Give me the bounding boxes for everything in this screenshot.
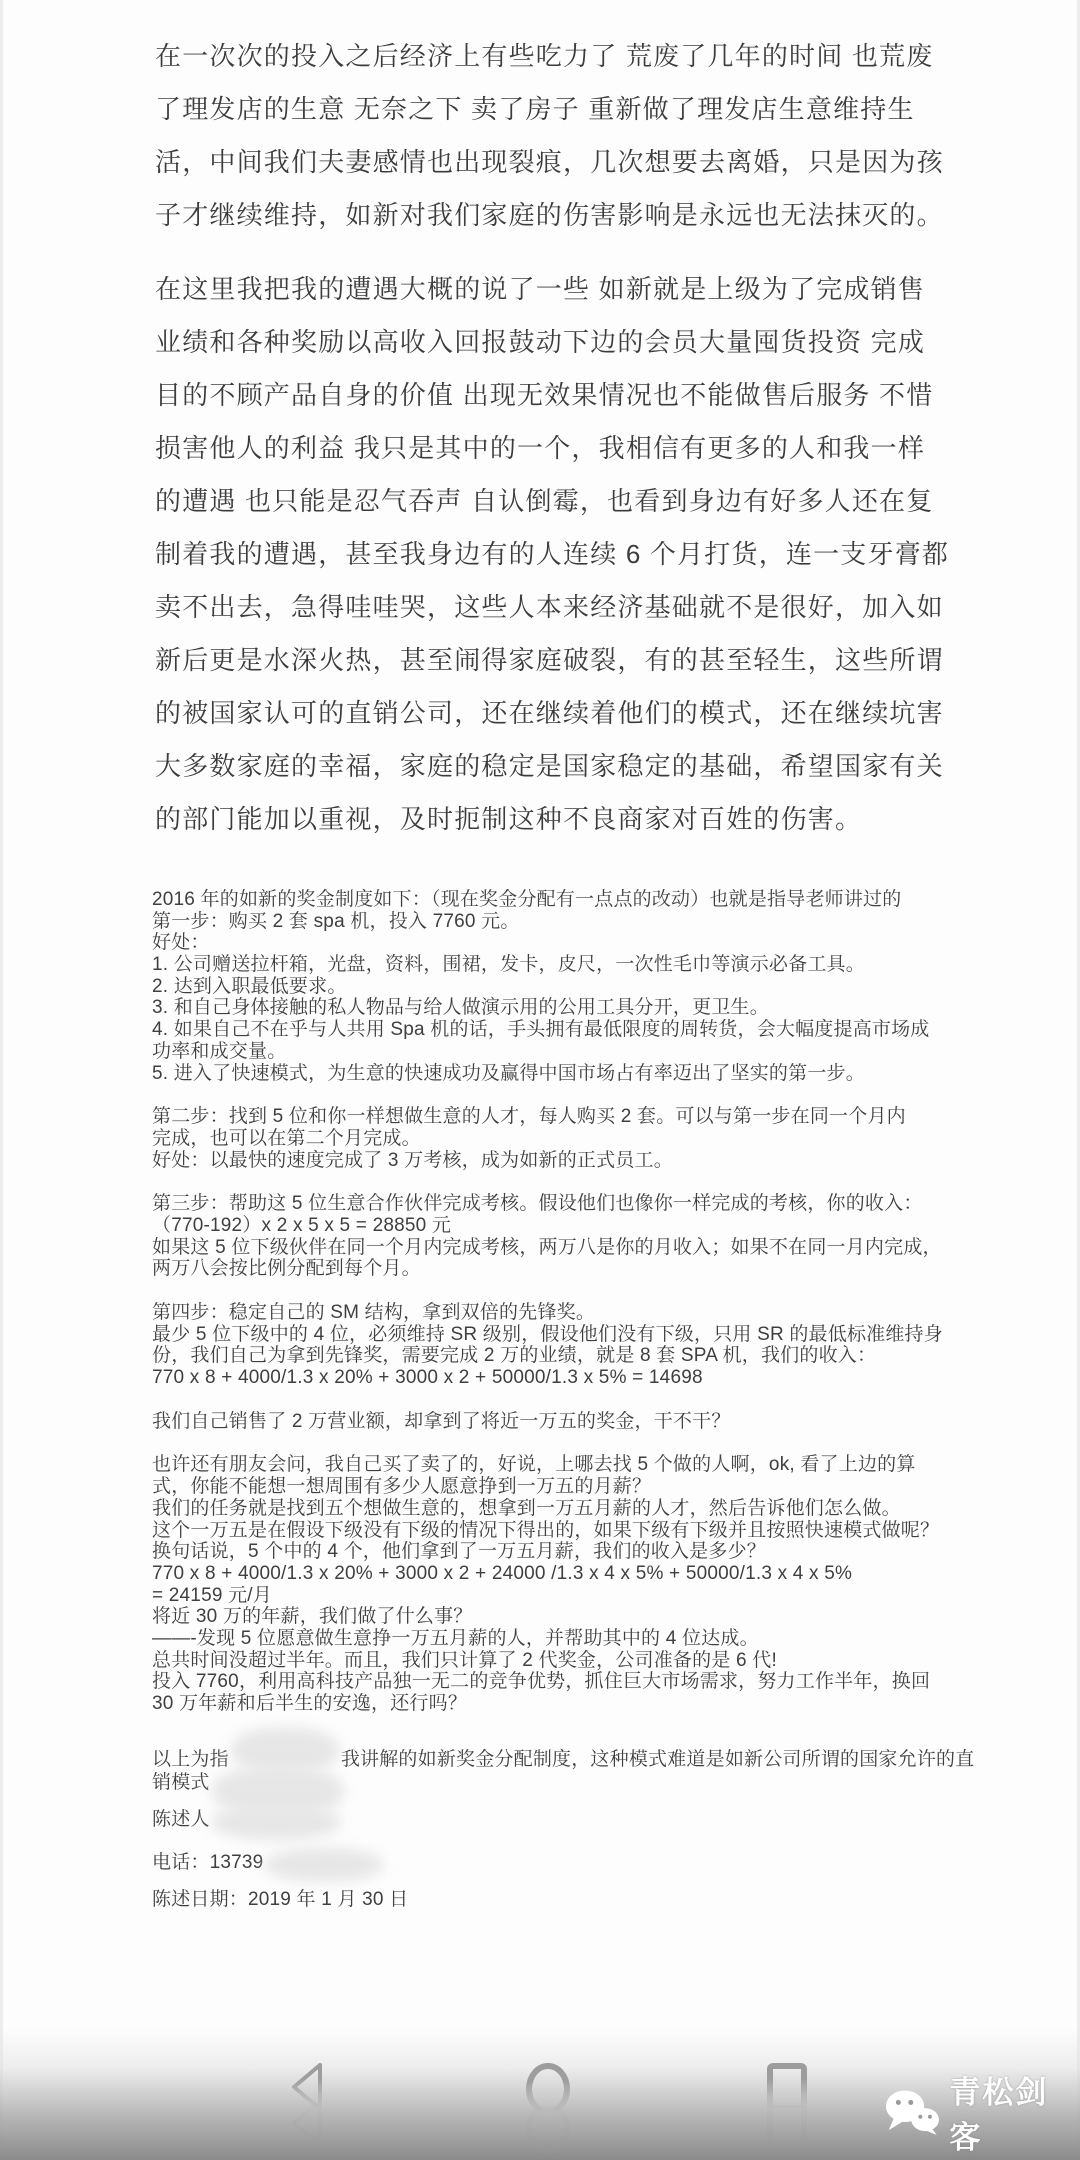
text-line: 这个一万五是在假设下级没有下级的情况下得出的，如果下级有下级并且按照快速模式做呢… [152, 1520, 1022, 1542]
text-line: 第二步：找到 5 位和你一样想做生意的人才，每人购买 2 套。可以与第一步在同一… [152, 1106, 1022, 1128]
text-line: 两万八会按比例分配到每个月。 [152, 1258, 1022, 1280]
text-line: 4. 如果自己不在乎与人共用 Spa 机的话，手头拥有最低限度的周转货，会大幅度… [152, 1019, 1022, 1041]
watermark: 青松剑客 [884, 2088, 1080, 2136]
text-segment: 陈述人 [152, 1809, 210, 1830]
section: 也许还有朋友会问，我自己买了卖了的，好说，上哪去找 5 个做的人啊，ok, 看了… [152, 1454, 1022, 1714]
text-line: 式，你能不能想一想周围有多少人愿意挣到一万五的月薪？ [152, 1476, 1022, 1498]
text-line: 第一步：购买 2 套 spa 机，投入 7760 元。 [152, 911, 1022, 933]
text-line: 我们自己销售了 2 万营业额，却拿到了将近一万五的奖金，干不干？ [152, 1411, 1022, 1433]
section: 陈述日期：2019 年 1 月 30 日 [152, 1889, 1022, 1911]
text-line: 的遭遇 也只能是忍气吞声 自认倒霉，也看到身边有好多人还在复 [155, 475, 955, 528]
section: 陈述人 [152, 1802, 1022, 1824]
text-line: 子才继续维持，如新对我们家庭的伤害影响是永远也无法抹灭的。 [155, 189, 955, 242]
text-line: 目的不顾产品自身的价值 出现无效果情况也不能做售后服务 不惜 [155, 369, 955, 422]
text-line: 功率和成交量。 [152, 1041, 1022, 1063]
section: 我们自己销售了 2 万营业额，却拿到了将近一万五的奖金，干不干？ [152, 1411, 1022, 1433]
text-line: 总共时间没超过半年。而且，我们只计算了 2 代奖金，公司准备的是 6 代! [152, 1650, 1022, 1672]
section: 以上为指我讲解的如新奖金分配制度，这种模式难道是如新公司所谓的国家允许的直销模式 [152, 1737, 1022, 1780]
text-line: 新后更是水深火热，甚至闹得家庭破裂，有的甚至轻生，这些所谓 [155, 634, 955, 687]
redaction-blur [212, 1804, 340, 1840]
text-segment: 我讲解的如新奖金分配制度，这种模式难道是如新公司所谓的国家允许的直 [341, 1749, 975, 1770]
text-line: 大多数家庭的幸福，家庭的稳定是国家稳定的基础，希望国家有关 [155, 740, 955, 793]
bonus-scheme-details: 2016 年的如新的奖金制度如下：（现在奖金分配有一点点的改动）也就是指导老师讲… [152, 889, 1022, 1933]
home-icon-reflection [524, 2102, 572, 2156]
text-line: 1. 公司赠送拉杆箱，光盘，资料，围裙，发卡，皮尺，一次性毛巾等演示必备工具。 [152, 954, 1022, 976]
home-button[interactable] [518, 2062, 578, 2156]
paragraph: 在这里我把我的遭遇大概的说了一些 如新就是上级为了完成销售业绩和各种奖励以高收入… [155, 263, 955, 846]
recents-icon-reflection [765, 2098, 809, 2148]
recents-button[interactable] [757, 2062, 817, 2148]
section: 第四步：稳定自己的 SM 结构，拿到双倍的先锋奖。最少 5 位下级中的 4 位，… [152, 1302, 1022, 1389]
text-line: 了理发店的生意 无奈之下 卖了房子 重新做了理发店生意维持生 [155, 83, 955, 136]
paragraph: 在一次次的投入之后经济上有些吃力了 荒废了几年的时间 也荒废了理发店的生意 无奈… [155, 30, 955, 242]
text-line: 卖不出去，急得哇哇哭，这些人本来经济基础就不是很好，加入如 [155, 581, 955, 634]
text-line: 换句话说，5 个中的 4 个，他们拿到了一万五月薪，我们的收入是多少？ [152, 1541, 1022, 1563]
complaint-narrative: 在一次次的投入之后经济上有些吃力了 荒废了几年的时间 也荒废了理发店的生意 无奈… [155, 30, 955, 867]
section: 第三步：帮助这 5 位生意合作伙伴完成考核。假设他们也像你一样完成的考核，你的收… [152, 1193, 1022, 1280]
redaction-blur [265, 1848, 383, 1882]
text-line: 2016 年的如新的奖金制度如下：（现在奖金分配有一点点的改动）也就是指导老师讲… [152, 889, 1022, 911]
section: 第二步：找到 5 位和你一样想做生意的人才，每人购买 2 套。可以与第一步在同一… [152, 1106, 1022, 1171]
text-line: 在这里我把我的遭遇大概的说了一些 如新就是上级为了完成销售 [155, 263, 955, 316]
text-line: = 24159 元/月 [152, 1585, 1022, 1607]
text-line: 的部门能加以重视，及时扼制这种不良商家对百姓的伤害。 [155, 793, 955, 846]
text-line: 制着我的遭遇，甚至我身边有的人连续 6 个月打货，连一支牙膏都 [155, 528, 955, 581]
text-line: 3. 和自己身体接触的私人物品与给人做演示用的公用工具分开，更卫生。 [152, 997, 1022, 1019]
phone-screenshot: { "page": {"background": "#fdfdfd", "tex… [0, 0, 1080, 2160]
text-line: 好处：以最快的速度完成了 3 万考核，成为如新的正式员工。 [152, 1150, 1022, 1172]
text-line: 投入 7760，利用高科技产品独一无二的竞争优势，抓住巨大市场需求，努力工作半年… [152, 1671, 1022, 1693]
text-line: 也许还有朋友会问，我自己买了卖了的，好说，上哪去找 5 个做的人啊，ok, 看了… [152, 1454, 1022, 1476]
wechat-icon [884, 2088, 941, 2136]
text-line: 5. 进入了快速模式，为生意的快速成功及赢得中国市场占有率迈出了坚实的第一步。 [152, 1063, 1022, 1085]
text-line: 以上为指我讲解的如新奖金分配制度，这种模式难道是如新公司所谓的国家允许的直 [152, 1737, 1022, 1759]
text-line: 的被国家认可的直销公司，还在继续着他们的模式，还在继续坑害 [155, 687, 955, 740]
android-nav-bar: 青松剑客 [0, 2028, 1080, 2160]
text-line: 业绩和各种奖励以高收入回报鼓动下边的会员大量囤货投资 完成 [155, 316, 955, 369]
text-line: 第四步：稳定自己的 SM 结构，拿到双倍的先锋奖。 [152, 1302, 1022, 1324]
text-line: 第三步：帮助这 5 位生意合作伙伴完成考核。假设他们也像你一样完成的考核，你的收… [152, 1193, 1022, 1215]
text-line: 损害他人的利益 我只是其中的一个，我相信有更多的人和我一样 [155, 422, 955, 475]
text-line: 好处： [152, 932, 1022, 954]
back-icon-reflection [286, 2098, 328, 2148]
watermark-text: 青松剑客 [949, 2067, 1080, 2157]
text-line: （770-192）x 2 x 5 x 5 = 28850 元 [152, 1215, 1022, 1237]
text-segment: 电话：13739 [152, 1852, 263, 1873]
text-line: 770 x 8 + 4000/1.3 x 20% + 3000 x 2 + 50… [152, 1367, 1022, 1389]
section: 2016 年的如新的奖金制度如下：（现在奖金分配有一点点的改动）也就是指导老师讲… [152, 889, 1022, 1084]
photo-edge-left [0, 0, 3, 2160]
text-line: 2. 达到入职最低要求。 [152, 976, 1022, 998]
text-line: 活，中间我们夫妻感情也出现裂痕，几次想要去离婚，只是因为孩 [155, 136, 955, 189]
text-line: 最少 5 位下级中的 4 位，必须维持 SR 级别，假设他们没有下级，只用 SR… [152, 1324, 1022, 1346]
text-line: 30 万年薪和后半生的安逸，还行吗？ [152, 1693, 1022, 1715]
back-button[interactable] [277, 2062, 337, 2148]
section: 电话：13739 [152, 1846, 1022, 1868]
text-line: ——-发现 5 位愿意做生意挣一万五月薪的人，并帮助其中的 4 位达成。 [152, 1628, 1022, 1650]
text-line: 完成，也可以在第二个月完成。 [152, 1128, 1022, 1150]
text-line: 将近 30 万的年薪，我们做了什么事？ [152, 1606, 1022, 1628]
text-line: 陈述人 [152, 1802, 1022, 1824]
text-line: 份，我们自己为拿到先锋奖，需要完成 2 万的业绩，就是 8 套 SPA 机，我们… [152, 1345, 1022, 1367]
text-line: 陈述日期：2019 年 1 月 30 日 [152, 1889, 1022, 1911]
text-line: 在一次次的投入之后经济上有些吃力了 荒废了几年的时间 也荒废 [155, 30, 955, 83]
text-segment: 销模式 [152, 1772, 210, 1793]
text-line: 电话：13739 [152, 1846, 1022, 1868]
text-line: 如果这 5 位下级伙伴在同一个月内完成考核，两万八是你的月收入；如果不在同一月内… [152, 1237, 1022, 1259]
text-line: 我们的任务就是找到五个想做生意的，想拿到一万五月薪的人才，然后告诉他们怎么做。 [152, 1498, 1022, 1520]
text-line: 770 x 8 + 4000/1.3 x 20% + 3000 x 2 + 24… [152, 1563, 1022, 1585]
